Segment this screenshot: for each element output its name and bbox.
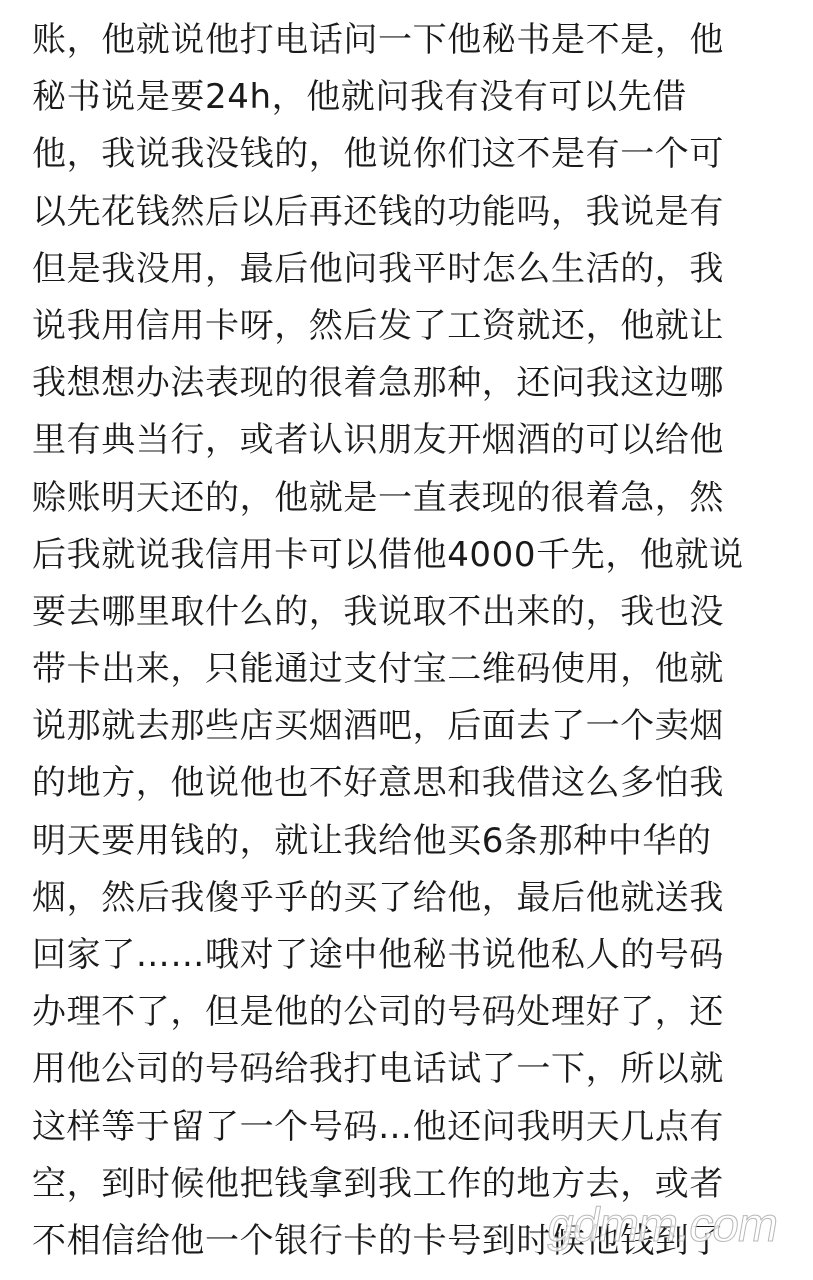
text-line: 的地方，他说他也不好意思和我借这么多怕我 bbox=[32, 755, 792, 812]
text-line: 秘书说是要24h，他就问我有没有可以先借 bbox=[32, 69, 792, 126]
text-line: 办理不了，但是他的公司的号码处理好了，还 bbox=[32, 984, 792, 1041]
text-line: 赊账明天还的，他就是一直表现的很着急，然 bbox=[32, 470, 792, 527]
text-line: 烟，然后我傻乎乎的买了给他，最后他就送我 bbox=[32, 870, 792, 927]
text-line: 带卡出来，只能通过支付宝二维码使用，他就 bbox=[32, 641, 792, 698]
text-line: 我想想办法表现的很着急那种，还问我这边哪 bbox=[32, 355, 792, 412]
text-line: 账，他就说他打电话问一下他秘书是不是，他 bbox=[32, 12, 792, 69]
text-line: 回家了……哦对了途中他秘书说他私人的号码 bbox=[32, 927, 792, 984]
watermark: gdmm.com bbox=[543, 1198, 782, 1253]
text-line: 用他公司的号码给我打电话试了一下，所以就 bbox=[32, 1041, 792, 1098]
text-line: 说那就去那些店买烟酒吧，后面去了一个卖烟 bbox=[32, 698, 792, 755]
text-line: 但是我没用，最后他问我平时怎么生活的，我 bbox=[32, 241, 792, 298]
text-line: 明天要用钱的，就让我给他买6条那种中华的 bbox=[32, 813, 792, 870]
text-line: 以先花钱然后以后再还钱的功能吗，我说是有 bbox=[32, 184, 792, 241]
text-line: 后我就说我信用卡可以借他4000千先，他就说 bbox=[32, 527, 792, 584]
text-line: 里有典当行，或者认识朋友开烟酒的可以给他 bbox=[32, 412, 792, 469]
text-line: 这样等于留了一个号码…他还问我明天几点有 bbox=[32, 1099, 792, 1156]
article-body: 账，他就说他打电话问一下他秘书是不是，他 秘书说是要24h，他就问我有没有可以先… bbox=[32, 12, 792, 1270]
text-line: 他，我说我没钱的，他说你们这不是有一个可 bbox=[32, 126, 792, 183]
text-line: 说我用信用卡呀，然后发了工资就还，他就让 bbox=[32, 298, 792, 355]
text-line: 要去哪里取什么的，我说取不出来的，我也没 bbox=[32, 584, 792, 641]
